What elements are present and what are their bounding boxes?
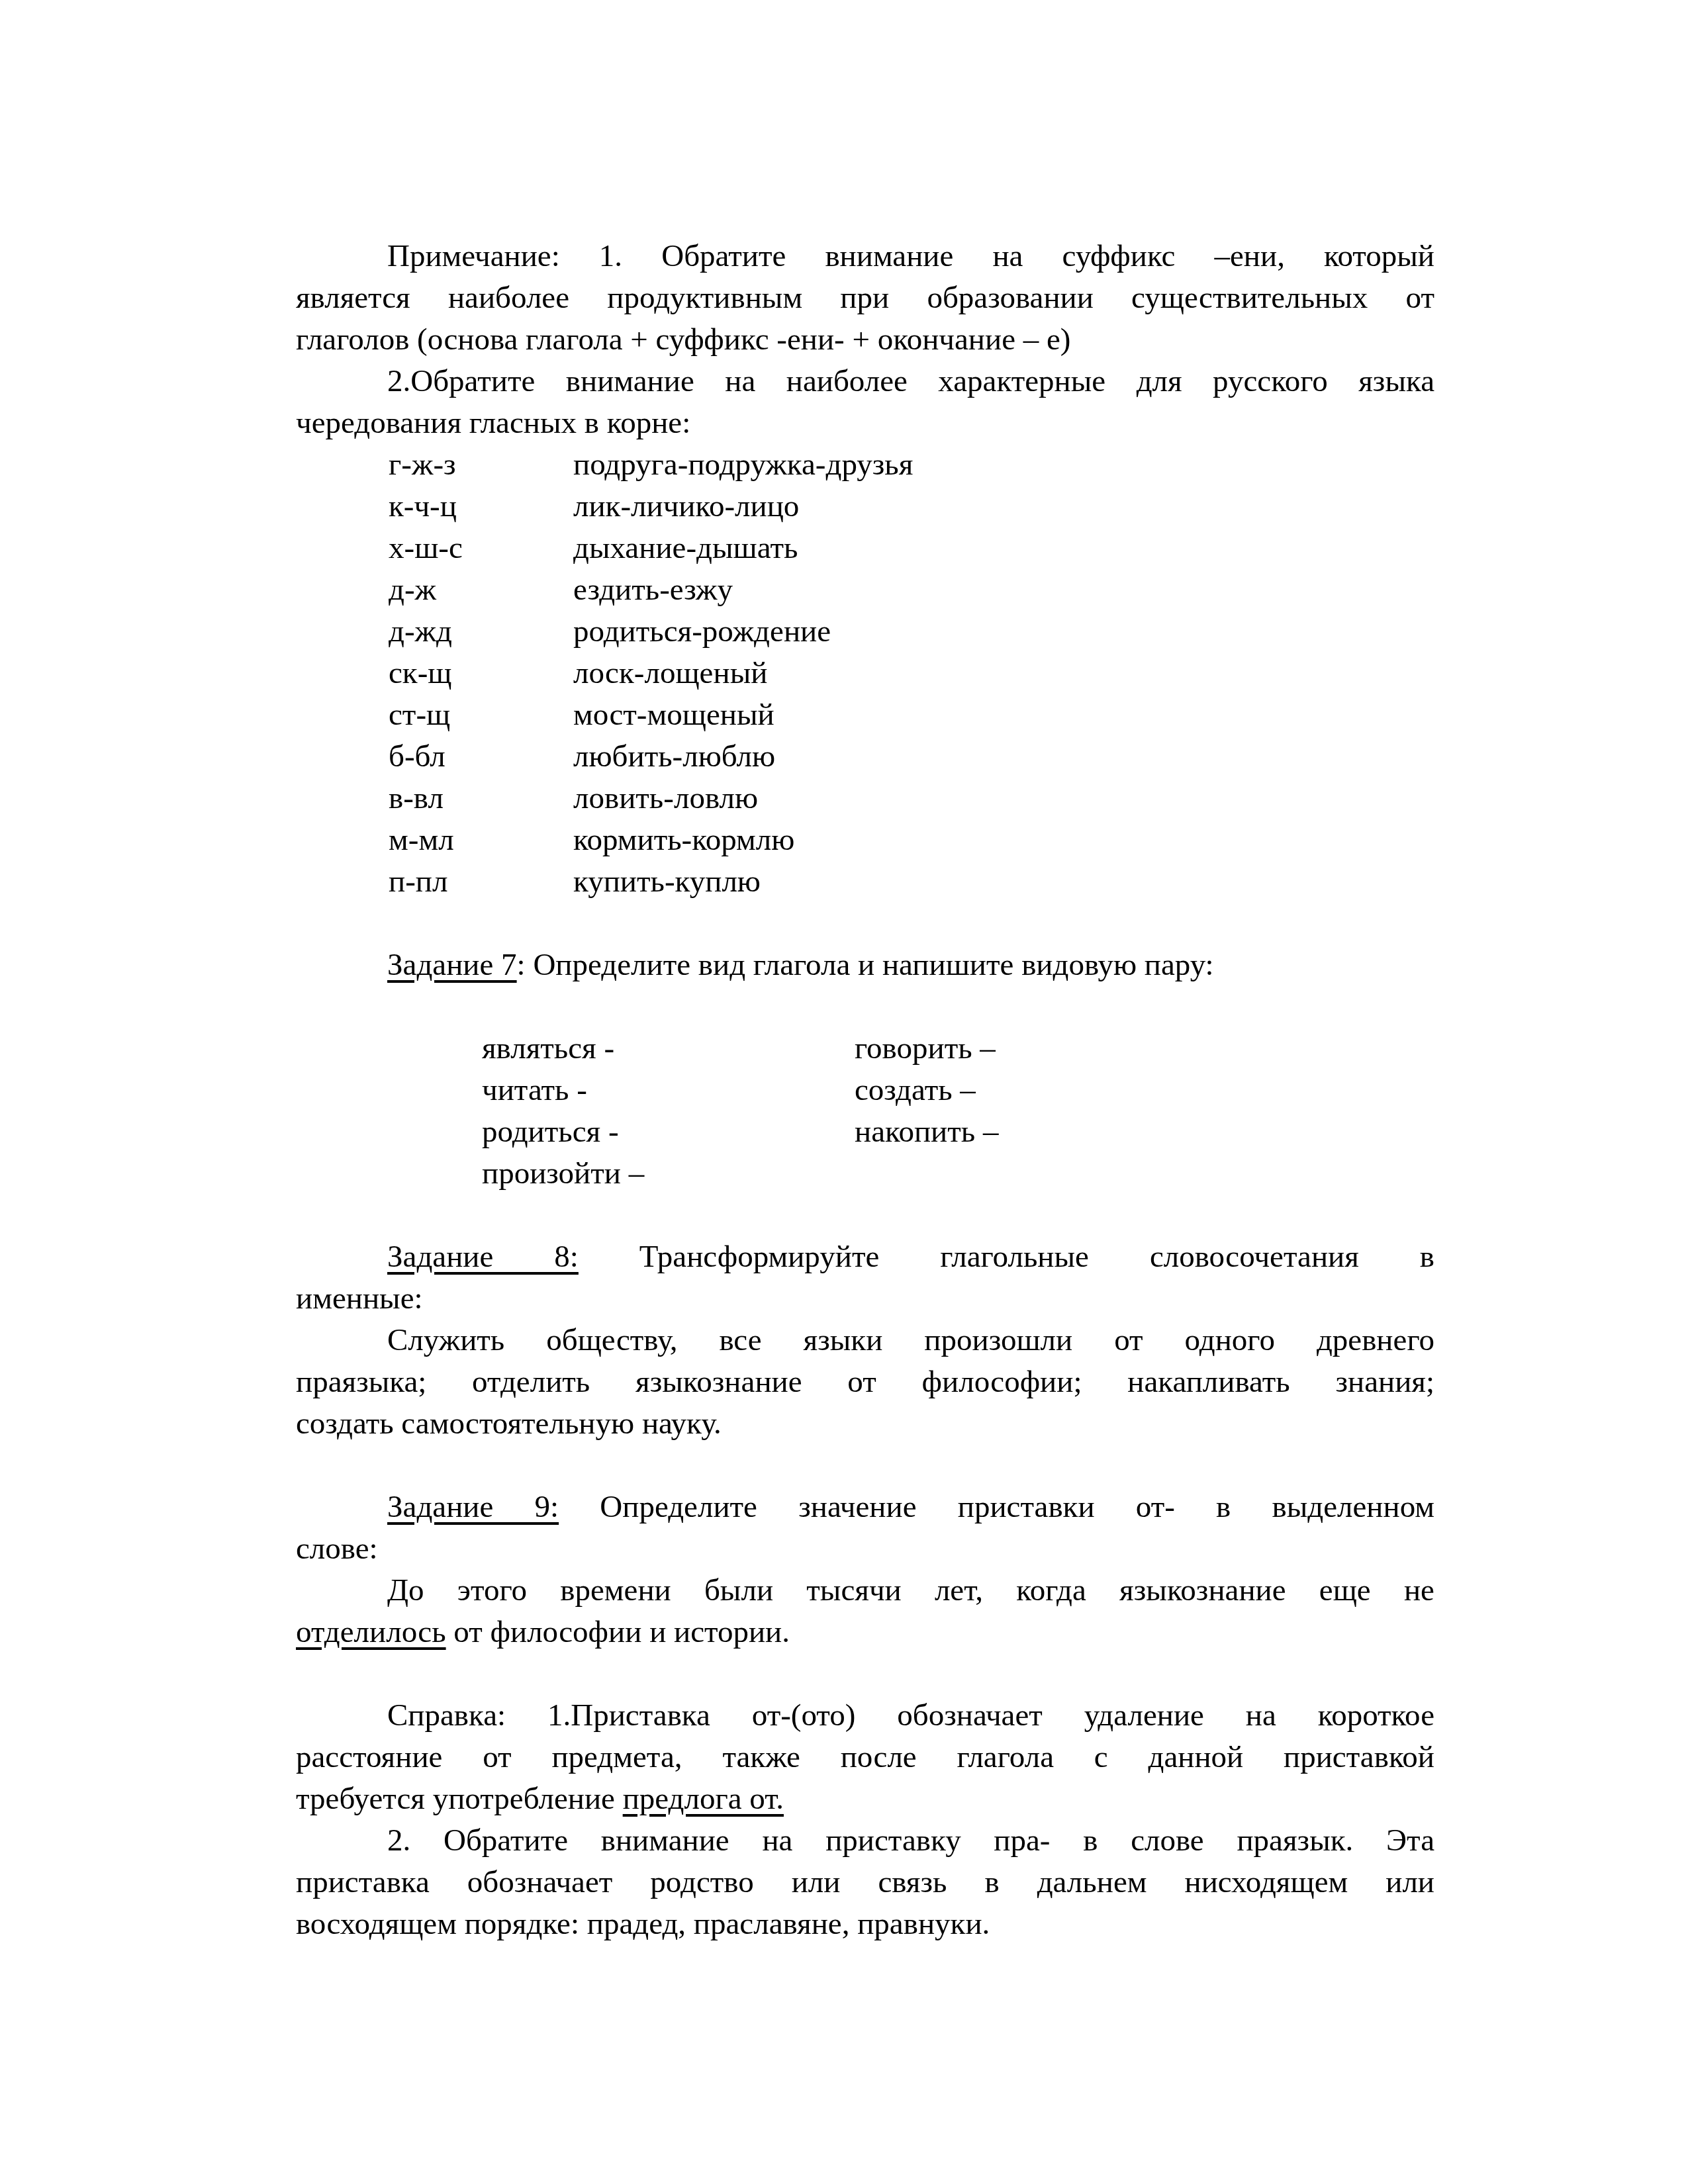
right-column-text: дыхание-дышать xyxy=(573,531,798,565)
text-segment: Примечание: 1. Обратите внимание на суфф… xyxy=(387,239,1434,273)
alternation-list-row-11: п-плкупить-куплю xyxy=(296,861,1434,903)
left-column-text: д-жд xyxy=(389,611,573,653)
left-column-text: м-мл xyxy=(389,819,573,861)
right-column-text: кормить-кормлю xyxy=(573,823,794,857)
note-paragraph-2-line-1: 2.Обратите внимание на наиболее характер… xyxy=(296,361,1434,402)
left-column-text: являться - xyxy=(482,1028,855,1069)
underlined-text: отделилось xyxy=(296,1615,446,1649)
reference-line-6: восходящем порядке: прадед, праславяне, … xyxy=(296,1903,1434,1945)
text-segment: от философии и истории. xyxy=(446,1615,790,1649)
task9-line-4: отделилось от философии и истории. xyxy=(296,1612,1434,1653)
text-segment: чередования гласных в корне: xyxy=(296,406,690,440)
right-column-text: родиться-рождение xyxy=(573,614,831,649)
underlined-text: Задание 7 xyxy=(387,948,517,982)
task7-verb-pairs: являться -говорить –читать -создать –род… xyxy=(296,1028,1434,1195)
text-segment: Трансформируйте глагольные словосочетани… xyxy=(579,1240,1434,1274)
left-column-text: г-ж-з xyxy=(389,444,573,486)
right-column-text: ездить-езжу xyxy=(573,572,733,607)
task8: Задание 8: Трансформируйте глагольные сл… xyxy=(296,1236,1434,1445)
text-segment: Справка: 1.Приставка от-(ото) обозначает… xyxy=(387,1698,1434,1733)
alternation-list-row-7: ст-щмост-мощеный xyxy=(296,694,1434,736)
task7-verb-pairs-row-4: произойти – xyxy=(296,1153,1434,1195)
text-segment: глаголов (основа глагола + суффикс -ени-… xyxy=(296,322,1071,357)
alternation-list-row-8: б-бллюбить-люблю xyxy=(296,736,1434,778)
text-segment: является наиболее продуктивным при образ… xyxy=(296,281,1434,315)
right-column-text: создать – xyxy=(855,1073,976,1107)
alternation-list-row-1: г-ж-зподруга-подружка-друзья xyxy=(296,444,1434,486)
task7-verb-pairs-row-2: читать -создать – xyxy=(296,1069,1434,1111)
underlined-text: предлога от. xyxy=(623,1782,784,1816)
right-column-text: лоск-лощеный xyxy=(573,656,767,690)
gap-2 xyxy=(296,986,1434,1028)
alternation-list: г-ж-зподруга-подружка-друзьяк-ч-цлик-лич… xyxy=(296,444,1434,903)
text-segment: слове: xyxy=(296,1531,378,1566)
gap-3 xyxy=(296,1195,1434,1236)
underlined-text: Задание 8: xyxy=(387,1240,579,1274)
note-paragraph-2-line-2: чередования гласных в корне: xyxy=(296,402,1434,444)
task8-line-1: Задание 8: Трансформируйте глагольные сл… xyxy=(296,1236,1434,1278)
underlined-text: Задание 9: xyxy=(387,1490,559,1524)
task7-heading: Задание 7: Определите вид глагола и напи… xyxy=(296,944,1434,986)
left-column-text: произойти – xyxy=(482,1153,855,1195)
text-segment: Служить обществу, все языки произошли от… xyxy=(387,1323,1434,1357)
note-paragraph-1-line-2: является наиболее продуктивным при образ… xyxy=(296,277,1434,319)
text-segment: расстояние от предмета, также после глаг… xyxy=(296,1740,1434,1774)
left-column-text: х-ш-с xyxy=(389,527,573,569)
text-segment: : Определите вид глагола и напишите видо… xyxy=(517,948,1214,982)
text-segment: именные: xyxy=(296,1281,423,1316)
alternation-list-row-5: д-ждродиться-рождение xyxy=(296,611,1434,653)
text-segment: восходящем порядке: прадед, праславяне, … xyxy=(296,1907,990,1941)
alternation-list-row-2: к-ч-цлик-личико-лицо xyxy=(296,486,1434,527)
task8-line-4: праязыка; отделить языкознание от филосо… xyxy=(296,1361,1434,1403)
text-segment: требуется употребление xyxy=(296,1782,623,1816)
task9-line-2: слове: xyxy=(296,1528,1434,1570)
reference: Справка: 1.Приставка от-(ото) обозначает… xyxy=(296,1695,1434,1945)
right-column-text: мост-мощеный xyxy=(573,698,774,732)
task8-line-2: именные: xyxy=(296,1278,1434,1320)
document-content: Примечание: 1. Обратите внимание на суфф… xyxy=(296,236,1434,1945)
task9: Задание 9: Определите значение приставки… xyxy=(296,1486,1434,1653)
task7-heading-line-1: Задание 7: Определите вид глагола и напи… xyxy=(296,944,1434,986)
task8-line-3: Служить обществу, все языки произошли от… xyxy=(296,1320,1434,1361)
text-segment: приставка обозначает родство или связь в… xyxy=(296,1865,1434,1899)
alternation-list-row-3: х-ш-сдыхание-дышать xyxy=(296,527,1434,569)
reference-line-2: расстояние от предмета, также после глаг… xyxy=(296,1737,1434,1778)
gap-1 xyxy=(296,903,1434,944)
left-column-text: ст-щ xyxy=(389,694,573,736)
task9-line-3: До этого времени были тысячи лет, когда … xyxy=(296,1570,1434,1612)
right-column-text: лик-личико-лицо xyxy=(573,489,799,523)
left-column-text: б-бл xyxy=(389,736,573,778)
left-column-text: п-пл xyxy=(389,861,573,903)
document-page: Примечание: 1. Обратите внимание на суфф… xyxy=(0,0,1688,2184)
text-segment: 2.Обратите внимание на наиболее характер… xyxy=(387,364,1434,398)
alternation-list-row-9: в-влловить-ловлю xyxy=(296,778,1434,819)
reference-line-4: 2. Обратите внимание на приставку пра- в… xyxy=(296,1820,1434,1862)
task7-verb-pairs-row-1: являться -говорить – xyxy=(296,1028,1434,1069)
gap-4 xyxy=(296,1445,1434,1486)
note-paragraph-2: 2.Обратите внимание на наиболее характер… xyxy=(296,361,1434,444)
text-segment: праязыка; отделить языкознание от филосо… xyxy=(296,1365,1434,1399)
task8-line-5: создать самостоятельную науку. xyxy=(296,1403,1434,1445)
left-column-text: читать - xyxy=(482,1069,855,1111)
left-column-text: ск-щ xyxy=(389,653,573,694)
note-paragraph-1-line-3: глаголов (основа глагола + суффикс -ени-… xyxy=(296,319,1434,361)
right-column-text: купить-куплю xyxy=(573,864,761,899)
alternation-list-row-4: д-жездить-езжу xyxy=(296,569,1434,611)
task7-verb-pairs-row-3: родиться -накопить – xyxy=(296,1111,1434,1153)
left-column-text: родиться - xyxy=(482,1111,855,1153)
task9-line-1: Задание 9: Определите значение приставки… xyxy=(296,1486,1434,1528)
right-column-text: подруга-подружка-друзья xyxy=(573,447,913,482)
reference-line-1: Справка: 1.Приставка от-(ото) обозначает… xyxy=(296,1695,1434,1737)
right-column-text: говорить – xyxy=(855,1031,996,1066)
gap-5 xyxy=(296,1653,1434,1695)
alternation-list-row-10: м-млкормить-кормлю xyxy=(296,819,1434,861)
note-paragraph-1: Примечание: 1. Обратите внимание на суфф… xyxy=(296,236,1434,361)
text-segment: До этого времени были тысячи лет, когда … xyxy=(387,1573,1434,1608)
right-column-text: накопить – xyxy=(855,1115,999,1149)
left-column-text: к-ч-ц xyxy=(389,486,573,527)
text-segment: создать самостоятельную науку. xyxy=(296,1406,722,1441)
right-column-text: любить-люблю xyxy=(573,739,775,774)
text-segment: Определите значение приставки от- в выде… xyxy=(559,1490,1434,1524)
note-paragraph-1-line-1: Примечание: 1. Обратите внимание на суфф… xyxy=(296,236,1434,277)
left-column-text: д-ж xyxy=(389,569,573,611)
right-column-text: ловить-ловлю xyxy=(573,781,758,815)
alternation-list-row-6: ск-щлоск-лощеный xyxy=(296,653,1434,694)
text-segment: 2. Обратите внимание на приставку пра- в… xyxy=(387,1823,1434,1858)
reference-line-5: приставка обозначает родство или связь в… xyxy=(296,1862,1434,1903)
left-column-text: в-вл xyxy=(389,778,573,819)
reference-line-3: требуется употребление предлога от. xyxy=(296,1778,1434,1820)
